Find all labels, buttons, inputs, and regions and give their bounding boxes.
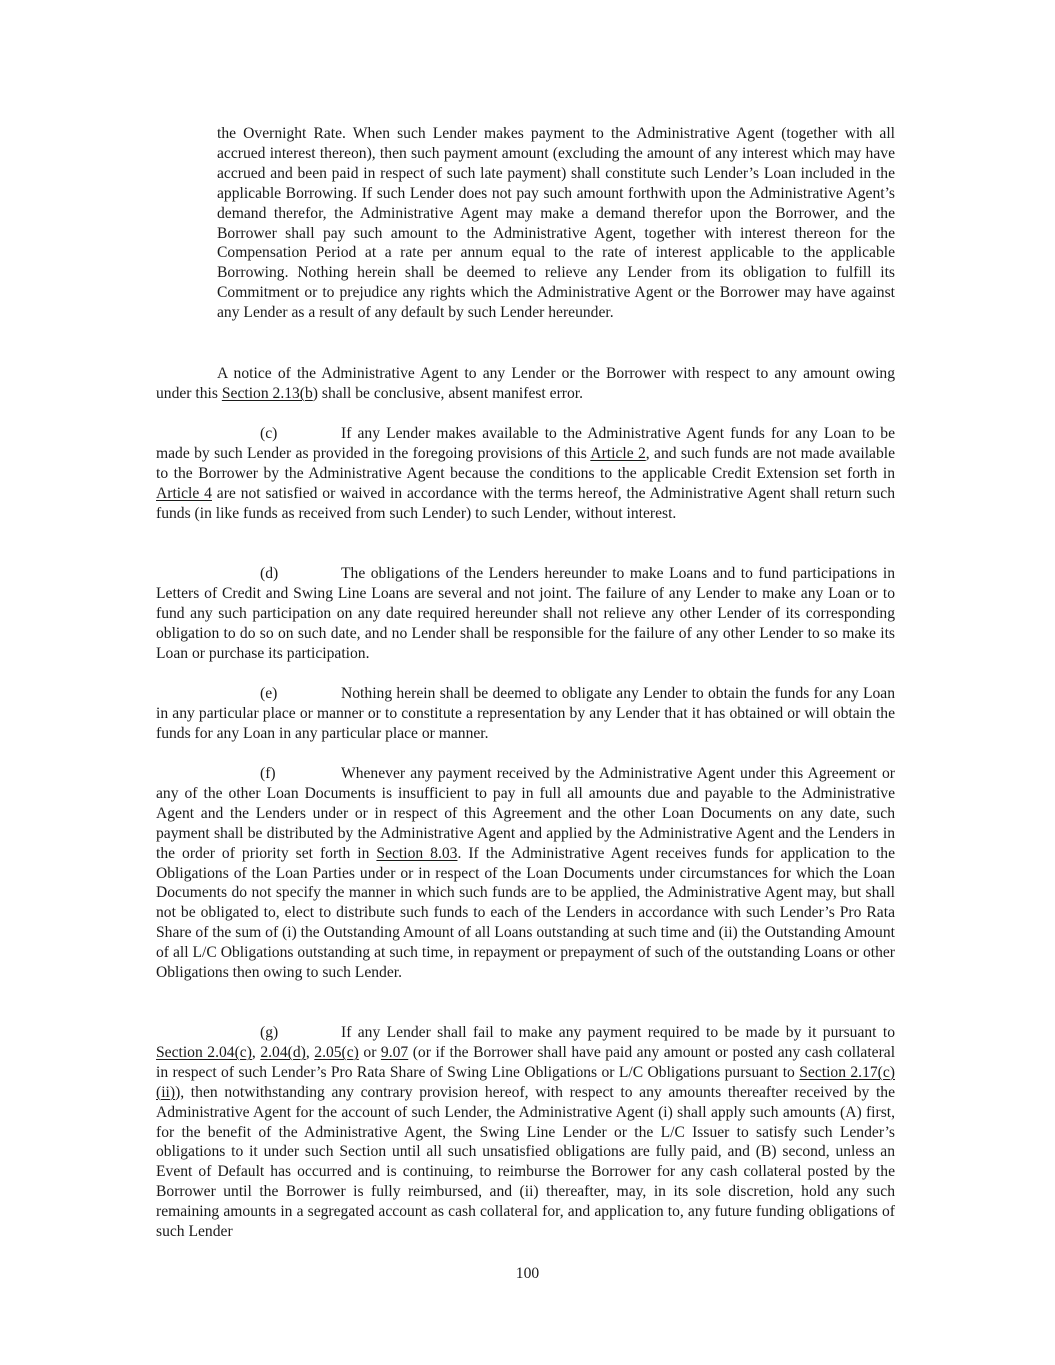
section-9-07-link[interactable]: 9.07 [381,1044,408,1061]
notice-text-2: ) shall be conclusive, absent manifest e… [313,385,583,402]
section-8-03-link[interactable]: Section 8.03 [376,845,457,862]
page-number: 100 [0,1264,1055,1284]
paragraph-f-label: (f) [260,764,341,784]
paragraph-c-label: (c) [260,424,341,444]
notice-paragraph: A notice of the Administrative Agent to … [156,364,895,404]
paragraph-g-text-6: ), then notwithstanding any contrary pro… [156,1084,895,1240]
paragraph-d: (d)The obligations of the Lenders hereun… [156,564,895,664]
paragraph-e-label: (e) [260,684,341,704]
section-2-05-c-link[interactable]: 2.05(c) [314,1044,359,1061]
section-2-04-d-link[interactable]: 2.04(d) [260,1044,305,1061]
continuation-text: the Overnight Rate. When such Lender mak… [217,125,895,321]
paragraph-e: (e)Nothing herein shall be deemed to obl… [156,684,895,744]
paragraph-c: (c)If any Lender makes available to the … [156,424,895,524]
paragraph-g-text-1: If any Lender shall fail to make any pay… [341,1024,895,1041]
document-page: the Overnight Rate. When such Lender mak… [0,0,1055,1365]
paragraph-c-text-3: are not satisfied or waived in accordanc… [156,485,895,522]
paragraph-g-label: (g) [260,1023,341,1043]
paragraph-d-label: (d) [260,564,341,584]
paragraph-f: (f)Whenever any payment received by the … [156,764,895,983]
section-2-04-c-link[interactable]: Section 2.04(c) [156,1044,252,1061]
paragraph-g: (g)If any Lender shall fail to make any … [156,1023,895,1242]
article-4-link[interactable]: Article 4 [156,485,212,502]
paragraph-f-text-2: . If the Administrative Agent receives f… [156,845,895,981]
continuation-paragraph: the Overnight Rate. When such Lender mak… [217,124,895,323]
paragraph-g-text-3: , [306,1044,314,1061]
article-2-link[interactable]: Article 2 [590,445,645,462]
paragraph-g-text-4: or [359,1044,381,1061]
section-2-13-b-link[interactable]: Section 2.13(b [222,385,313,402]
